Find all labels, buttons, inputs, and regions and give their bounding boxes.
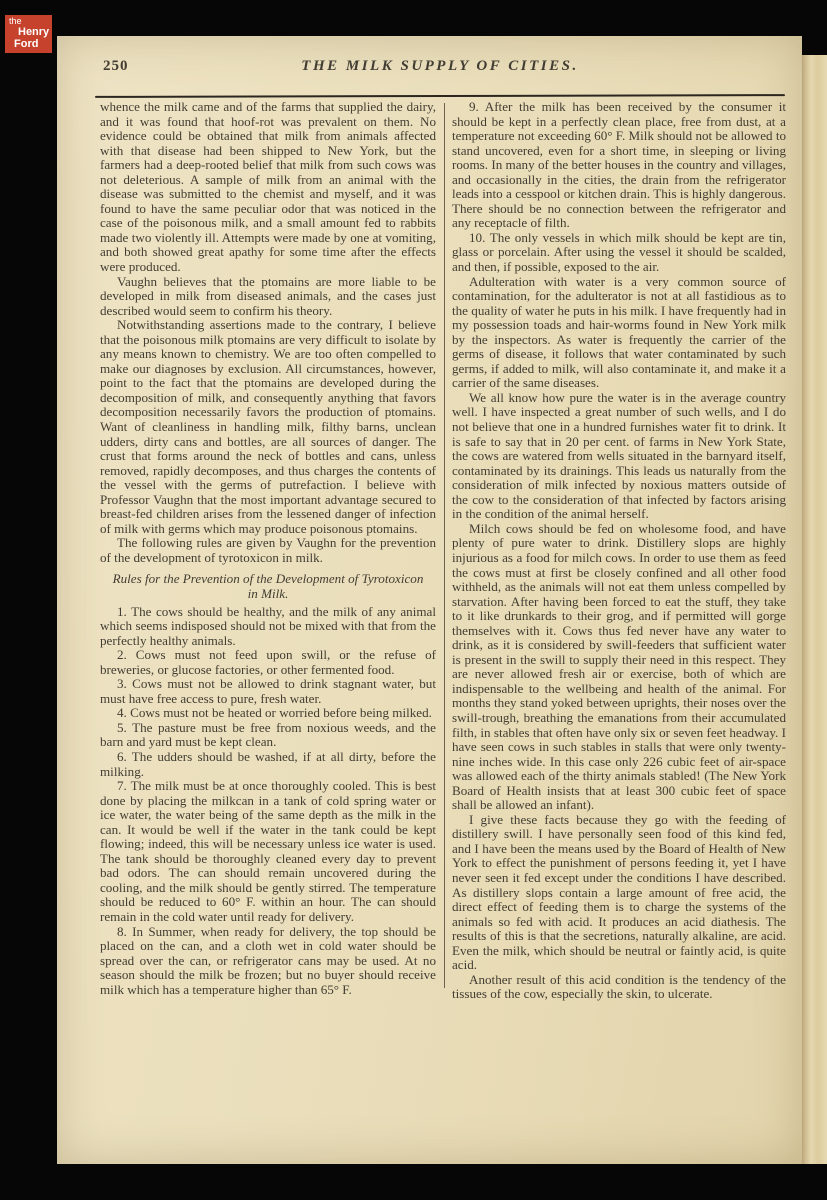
logo-word-henry: Henry <box>9 26 52 38</box>
book-page: 250 THE MILK SUPPLY OF CITIES. whence th… <box>57 36 802 1164</box>
paragraph: Adulteration with water is a very common… <box>452 275 786 391</box>
paragraph: I give these facts because they go with … <box>452 813 786 973</box>
logo-word-ford: Ford <box>9 38 52 50</box>
paragraph: 5. The pasture must be free from noxious… <box>100 721 436 750</box>
paragraph: 9. After the milk has been received by t… <box>452 100 786 231</box>
paragraph: Vaughn believes that the ptomains are mo… <box>100 275 436 319</box>
paragraph: 10. The only vessels in which milk shoul… <box>452 231 786 275</box>
paragraph: 1. The cows should be healthy, and the m… <box>100 605 436 649</box>
paragraph: Another result of this acid condition is… <box>452 973 786 1002</box>
paragraph: We all know how pure the water is in the… <box>452 391 786 522</box>
paragraph: whence the milk came and of the farms th… <box>100 100 436 275</box>
paragraph: 3. Cows must not be allowed to drink sta… <box>100 677 436 706</box>
left-column: whence the milk came and of the farms th… <box>100 100 436 1002</box>
paragraph: Notwithstanding assertions made to the c… <box>100 318 436 536</box>
paragraph: The following rules are given by Vaughn … <box>100 536 436 565</box>
text-columns: whence the milk came and of the farms th… <box>100 100 786 1002</box>
page-header: 250 THE MILK SUPPLY OF CITIES. <box>95 58 785 80</box>
header-rule <box>95 94 785 98</box>
scanned-book-photo: the Henry Ford 250 THE MILK SUPPLY OF CI… <box>0 0 827 1200</box>
right-column: 9. After the milk has been received by t… <box>452 100 786 1002</box>
page-edge <box>802 55 827 1164</box>
column-divider <box>444 103 445 988</box>
paragraph: 2. Cows must not feed upon swill, or the… <box>100 648 436 677</box>
paragraph: 4. Cows must not be heated or worried be… <box>100 706 436 721</box>
logo-word-the: the <box>9 17 52 26</box>
paragraph: 7. The milk must be at once thoroughly c… <box>100 779 436 924</box>
running-header: THE MILK SUPPLY OF CITIES. <box>95 58 785 75</box>
paragraph: Milch cows should be fed on wholesome fo… <box>452 522 786 813</box>
paragraph: 8. In Summer, when ready for delivery, t… <box>100 925 436 998</box>
henry-ford-logo: the Henry Ford <box>5 15 52 53</box>
section-heading: Rules for the Prevention of the Developm… <box>106 571 430 601</box>
paragraph: 6. The udders should be washed, if at al… <box>100 750 436 779</box>
